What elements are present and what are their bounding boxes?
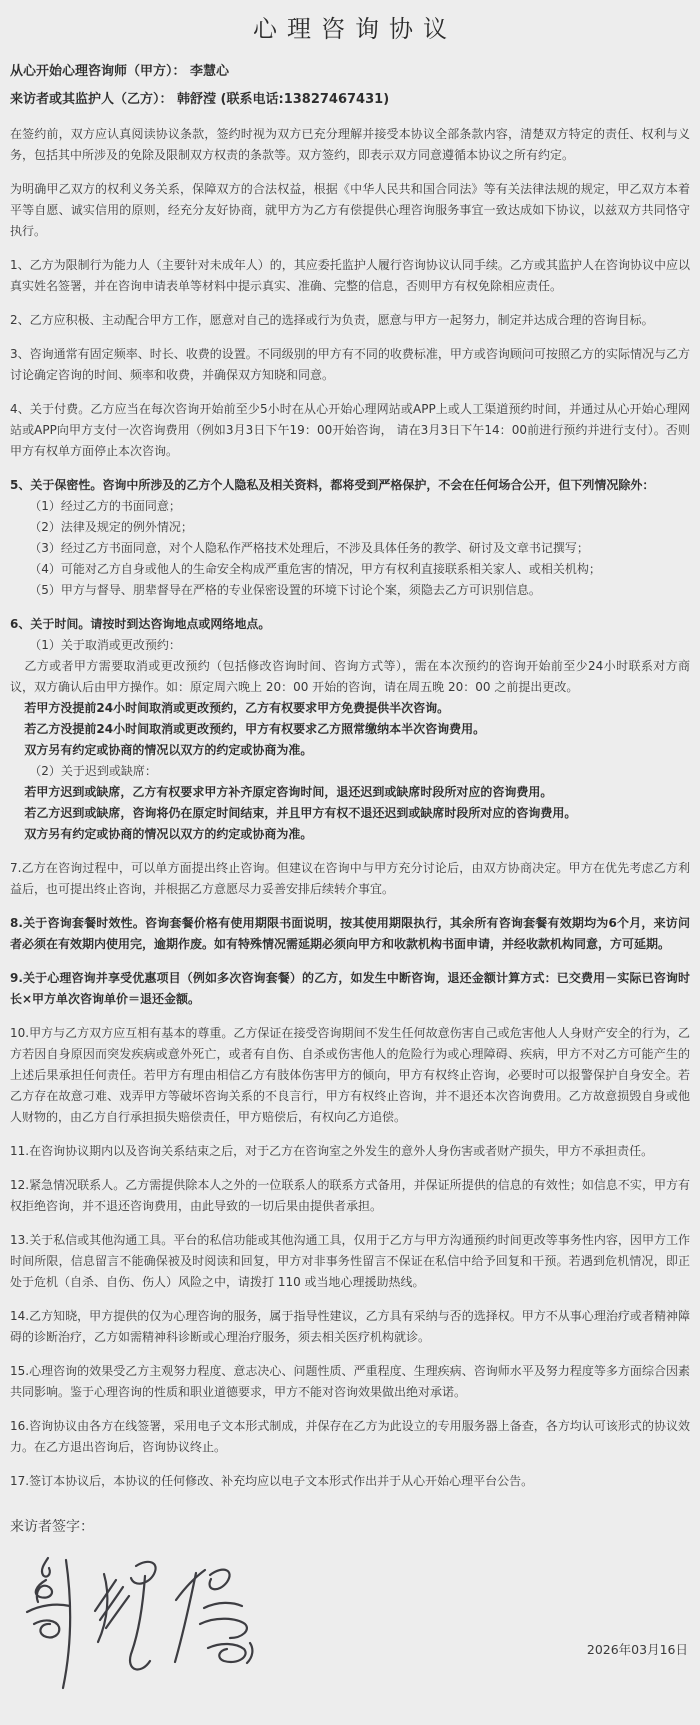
clause-paragraph: 4、关于付费。乙方应当在每次咨询开始前至少5小时在从心开始心理网站或APP上或人… bbox=[10, 399, 690, 462]
clause-line: 若乙方没提前24小时间取消或更改预约，甲方有权要求乙方照常缴纳本半次咨询费用。 bbox=[10, 719, 690, 740]
clause-paragraph: 17.签订本协议后，本协议的任何修改、补充均应以电子文本形式作出并于从心开始心理… bbox=[10, 1471, 690, 1492]
clause-paragraph: 6、关于时间。请按时到达咨询地点或网络地点。（1）关于取消或更改预约：乙方或者甲… bbox=[10, 614, 690, 845]
clause-paragraph: 12.紧急情况联系人。乙方需提供除本人之外的一位联系人的联系方式备用，并保证所提… bbox=[10, 1175, 690, 1217]
clause-line: 7.乙方在咨询过程中，可以单方面提出终止咨询。但建议在咨询中与甲方充分讨论后，由… bbox=[10, 858, 690, 900]
clause-paragraph: 7.乙方在咨询过程中，可以单方面提出终止咨询。但建议在咨询中与甲方充分讨论后，由… bbox=[10, 858, 690, 900]
clause-line: 在签约前，双方应认真阅读协议条款，签约时视为双方已充分理解并接受本协议全部条款内… bbox=[10, 124, 690, 166]
signature-stroke bbox=[63, 1560, 70, 1688]
agreement-document: 心理咨询协议 从心开始心理咨询师（甲方）： 李慧心 来访者或其监护人（乙方）： … bbox=[0, 0, 700, 1700]
clause-line: 1、乙方为限制行为能力人（主要针对未成年人）的，其应委托监护人履行咨询协议认同手… bbox=[10, 255, 690, 297]
clause-line: 乙方或者甲方需要取消或更改预约（包括修改咨询时间、咨询方式等），需在本次预约的咨… bbox=[10, 656, 690, 698]
clause-line: 13.关于私信或其他沟通工具。平台的私信功能或其他沟通工具，仅用于乙方与甲方沟通… bbox=[10, 1230, 690, 1293]
signature-label: 来访者签字： bbox=[10, 1516, 690, 1536]
signature-stroke bbox=[27, 1605, 70, 1612]
clause-paragraph: 13.关于私信或其他沟通工具。平台的私信功能或其他沟通工具，仅用于乙方与甲方沟通… bbox=[10, 1230, 690, 1293]
clause-line: 2、乙方应积极、主动配合甲方工作，愿意对自己的选择或行为负责，愿意与甲方一起努力… bbox=[10, 310, 690, 331]
handwritten-signature bbox=[24, 1550, 259, 1700]
clause-line: （2）法律及规定的例外情况； bbox=[10, 517, 690, 538]
clause-line: 若甲方没提前24小时间取消或更改预约，乙方有权要求甲方免费提供半次咨询。 bbox=[10, 698, 690, 719]
clause-paragraph: 15.心理咨询的效果受乙方主观努力程度、意志决心、问题性质、严重程度、生理疾病、… bbox=[10, 1361, 690, 1403]
clause-line: 14.乙方知晓，甲方提供的仅为心理咨询的服务，属于指导性建议，乙方具有采纳与否的… bbox=[10, 1306, 690, 1348]
clause-line: 9.关于心理咨询并享受优惠项目（例如多次咨询套餐）的乙方，如发生中断咨询，退还金… bbox=[10, 968, 690, 1010]
signature-date: 2026年03月16日 bbox=[587, 1640, 688, 1658]
clause-line: （2）关于迟到或缺席： bbox=[10, 761, 690, 782]
clause-paragraph: 3、咨询通常有固定频率、时长、收费的设置。不同级别的甲方有不同的收费标准，甲方或… bbox=[10, 344, 690, 386]
clause-paragraph: 14.乙方知晓，甲方提供的仅为心理咨询的服务，属于指导性建议，乙方具有采纳与否的… bbox=[10, 1306, 690, 1348]
signature-stroke bbox=[36, 1580, 52, 1602]
clause-line: 4、关于付费。乙方应当在每次咨询开始前至少5小时在从心开始心理网站或APP上或人… bbox=[10, 399, 690, 462]
clause-paragraph: 为明确甲乙双方的权利义务关系，保障双方的合法权益，根据《中华人民共和国合同法》等… bbox=[10, 179, 690, 242]
clause-line: 双方另有约定或协商的情况以双方的约定或协商为准。 bbox=[10, 740, 690, 761]
signature-stroke bbox=[34, 1620, 59, 1637]
clause-line: 15.心理咨询的效果受乙方主观努力程度、意志决心、问题性质、严重程度、生理疾病、… bbox=[10, 1361, 690, 1403]
clause-line: （1）关于取消或更改预约： bbox=[10, 635, 690, 656]
clause-line: （1）经过乙方的书面同意； bbox=[10, 496, 690, 517]
clause-line: （5）甲方与督导、朋辈督导在严格的专业保密设置的环境下讨论个案，须隐去乙方可识别… bbox=[10, 580, 690, 601]
signature-stroke bbox=[42, 1558, 50, 1577]
clause-paragraph: 10.甲方与乙方双方应互相有基本的尊重。乙方保证在接受咨询期间不发生任何故意伤害… bbox=[10, 1023, 690, 1128]
clause-line: 8.关于咨询套餐时效性。咨询套餐价格有使用期限书面说明，按其使用期限执行，其余所… bbox=[10, 913, 690, 955]
clause-line: 11.在咨询协议期内以及咨询关系结束之后，对于乙方在咨询室之外发生的意外人身伤害… bbox=[10, 1141, 690, 1162]
signature-stroke bbox=[208, 1644, 246, 1662]
clause-line: 16.咨询协议由各方在线签署，采用电子文本形式制成，并保存在乙方为此设立的专用服… bbox=[10, 1416, 690, 1458]
clause-paragraph: 9.关于心理咨询并享受优惠项目（例如多次咨询套餐）的乙方，如发生中断咨询，退还金… bbox=[10, 968, 690, 1010]
clause-paragraph: 在签约前，双方应认真阅读协议条款，签约时视为双方已充分理解并接受本协议全部条款内… bbox=[10, 124, 690, 166]
clause-paragraph: 8.关于咨询套餐时效性。咨询套餐价格有使用期限书面说明，按其使用期限执行，其余所… bbox=[10, 913, 690, 955]
clause-line: 6、关于时间。请按时到达咨询地点或网络地点。 bbox=[10, 614, 690, 635]
clauses: 在签约前，双方应认真阅读协议条款，签约时视为双方已充分理解并接受本协议全部条款内… bbox=[10, 124, 690, 1492]
clause-line: 3、咨询通常有固定频率、时长、收费的设置。不同级别的甲方有不同的收费标准，甲方或… bbox=[10, 344, 690, 386]
clause-paragraph: 1、乙方为限制行为能力人（主要针对未成年人）的，其应委托监护人履行咨询协议认同手… bbox=[10, 255, 690, 297]
party-b-line: 来访者或其监护人（乙方）： 韩舒滢 (联系电话:13827467431) bbox=[10, 86, 690, 114]
clause-line: 为明确甲乙双方的权利义务关系，保障双方的合法权益，根据《中华人民共和国合同法》等… bbox=[10, 179, 690, 242]
clause-paragraph: 11.在咨询协议期内以及咨询关系结束之后，对于乙方在咨询室之外发生的意外人身伤害… bbox=[10, 1141, 690, 1162]
signature-stroke bbox=[131, 1562, 156, 1584]
clause-line: 10.甲方与乙方双方应互相有基本的尊重。乙方保证在接受咨询期间不发生任何故意伤害… bbox=[10, 1023, 690, 1128]
clause-line: （4）可能对乙方自身或他人的生命安全构成严重危害的情况，甲方有权利直接联系相关家… bbox=[10, 559, 690, 580]
clause-line: 17.签订本协议后，本协议的任何修改、补充均应以电子文本形式作出并于从心开始心理… bbox=[10, 1471, 690, 1492]
clause-line: 双方另有约定或协商的情况以双方的约定或协商为准。 bbox=[10, 824, 690, 845]
signature-stroke bbox=[175, 1573, 196, 1662]
party-a-line: 从心开始心理咨询师（甲方）： 李慧心 bbox=[10, 58, 690, 86]
signature-stroke bbox=[200, 1619, 247, 1638]
clause-line: 若甲方迟到或缺席，乙方有权要求甲方补齐原定咨询时间，退还迟到或缺席时段所对应的咨… bbox=[10, 782, 690, 803]
signature-stroke bbox=[204, 1603, 242, 1608]
handwritten-signature-svg bbox=[24, 1550, 259, 1700]
signature-stroke bbox=[130, 1576, 150, 1669]
clause-paragraph: 16.咨询协议由各方在线签署，采用电子文本形式制成，并保存在乙方为此设立的专用服… bbox=[10, 1416, 690, 1458]
clause-line: 12.紧急情况联系人。乙方需提供除本人之外的一位联系人的联系方式备用，并保证所提… bbox=[10, 1175, 690, 1217]
clause-line: 若乙方迟到或缺席，咨询将仍在原定时间结束，并且甲方有权不退还迟到或缺席时段所对应… bbox=[10, 803, 690, 824]
clause-line: 5、关于保密性。咨询中所涉及的乙方个人隐私及相关资料，都将受到严格保护，不会在任… bbox=[10, 475, 690, 496]
signature-stroke bbox=[247, 1643, 252, 1663]
signature-stroke bbox=[106, 1596, 129, 1628]
clause-paragraph: 5、关于保密性。咨询中所涉及的乙方个人隐私及相关资料，都将受到严格保护，不会在任… bbox=[10, 475, 690, 601]
clause-line: （3）经过乙方书面同意，对个人隐私作严格技术处理后，不涉及具体任务的教学、研讨及… bbox=[10, 538, 690, 559]
clause-paragraph: 2、乙方应积极、主动配合甲方工作，愿意对自己的选择或行为负责，愿意与甲方一起努力… bbox=[10, 310, 690, 331]
page-title: 心理咨询协议 bbox=[10, 0, 690, 58]
signature-stroke bbox=[100, 1587, 123, 1620]
signature-stroke bbox=[210, 1570, 230, 1590]
signature-stroke bbox=[98, 1574, 107, 1642]
